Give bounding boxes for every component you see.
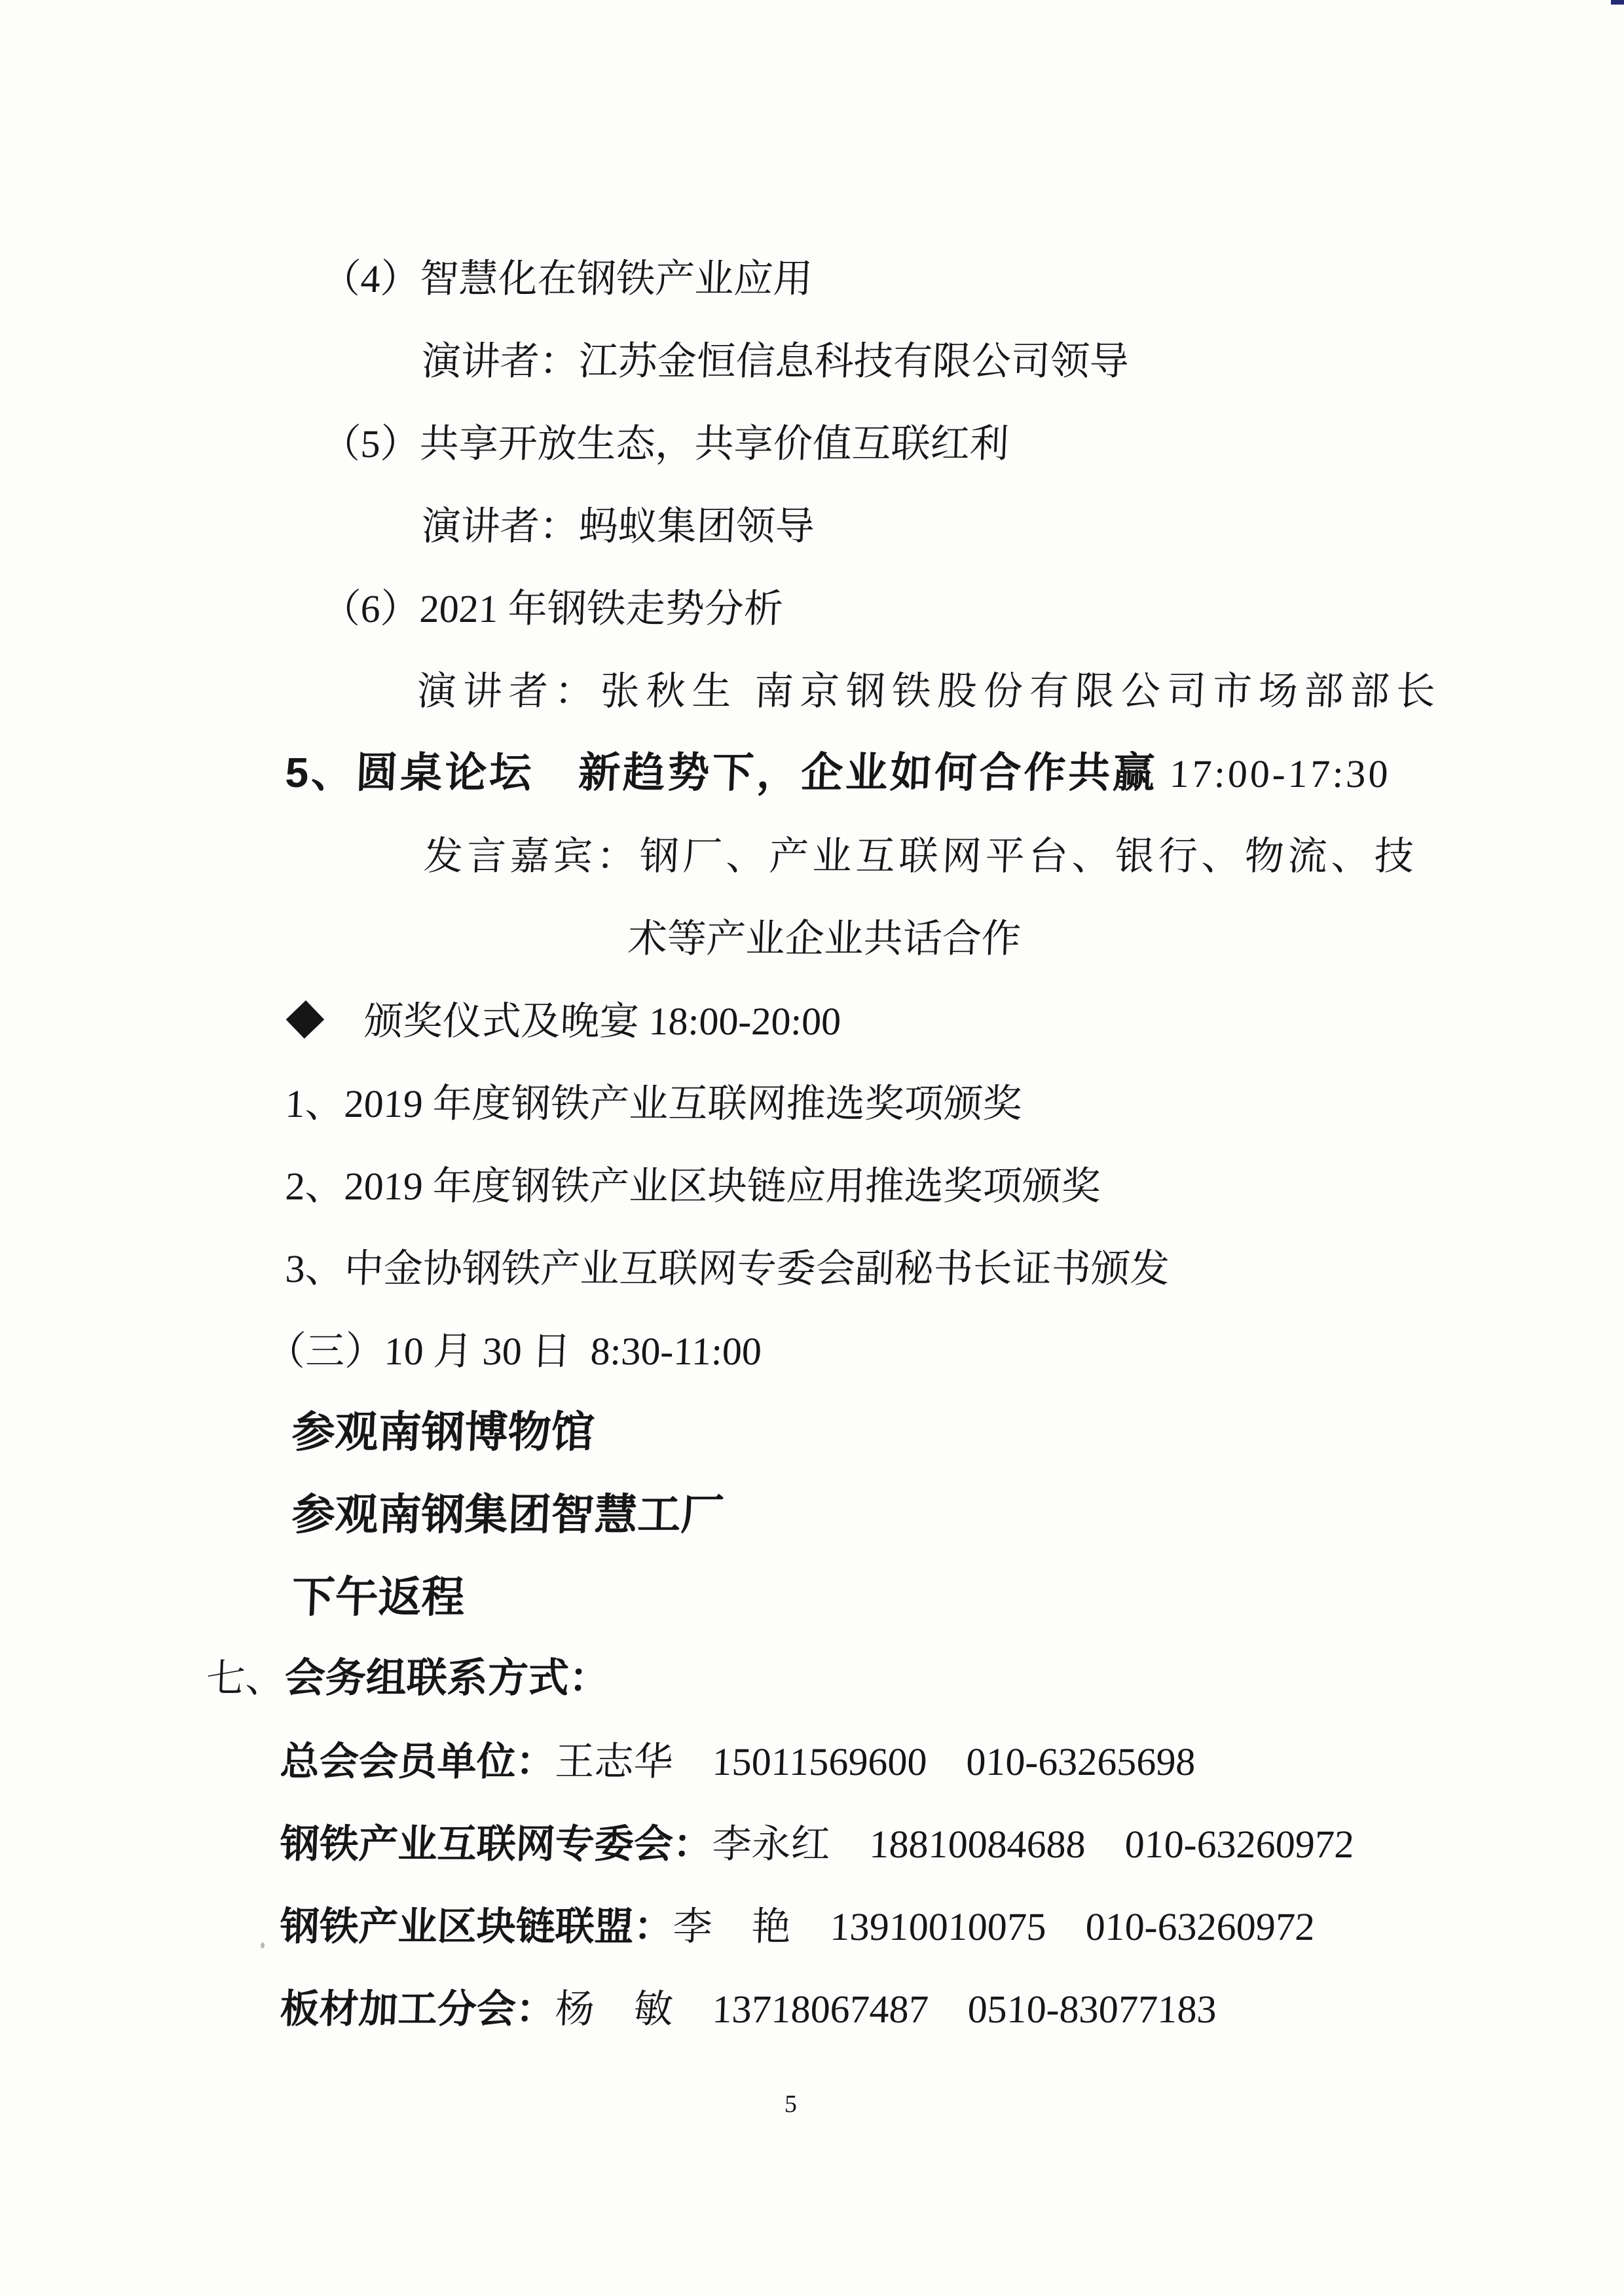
line-item-6: （6）2021 年钢铁走势分析 xyxy=(321,589,784,630)
heading-text-segment: 参观南钢集团智慧工厂 xyxy=(291,1490,725,1539)
line-speaker-5: 演讲者：蚂蚁集团领导 xyxy=(421,506,815,547)
text-segment: 演讲者：张秋生 南京钢铁股份有限公司市场部部长 xyxy=(416,670,1443,713)
line-item-4: （4）智慧化在钢铁产业应用 xyxy=(321,259,813,300)
contact-label-segment: 总会会员单位： xyxy=(280,1740,557,1783)
text-segment: 术等产业企业共话合作 xyxy=(627,917,1022,960)
text-segment: 颁奖仪式及晚宴 18:00-20:00 xyxy=(324,1000,842,1043)
heading-text-segment: 会务组联系方式： xyxy=(284,1656,610,1701)
line-award-1: 1、2019 年度钢铁产业互联网推选奖项颁奖 xyxy=(285,1084,1023,1125)
scan-corner-artifact xyxy=(1611,0,1624,5)
line-roundtable-heading: 5、圆桌论坛 新趋势下，企业如何合作共赢 17:00-17:30 xyxy=(284,751,1392,795)
line-day3-heading: （三）10 月 30 日 8:30-11:00 xyxy=(266,1331,763,1372)
paper-background: （4）智慧化在钢铁产业应用 演讲者：江苏金恒信息科技有限公司领导 （5）共享开放… xyxy=(0,0,1624,2296)
contact-label-segment: 钢铁产业互联网专委会： xyxy=(280,1822,714,1866)
text-segment: 3、中金协钢铁产业互联网专委会副秘书长证书颁发 xyxy=(285,1247,1171,1290)
line-speaker-4: 演讲者：江苏金恒信息科技有限公司领导 xyxy=(421,341,1130,382)
contact-value-segment: 杨 敏 13718067487 0510-83077183 xyxy=(555,1988,1218,2031)
ordinal-text-segment: 七、 xyxy=(205,1657,286,1700)
contact-label-segment: 板材加工分会： xyxy=(280,1987,557,2031)
text-segment: 演讲者：江苏金恒信息科技有限公司领导 xyxy=(421,340,1130,383)
text-segment: 发言嘉宾：钢厂、产业互联网平台、银行、物流、技 xyxy=(423,835,1419,878)
page-number: 5 xyxy=(784,2090,798,2119)
heading-text-segment: 5、圆桌论坛 新趋势下，企业如何合作共赢 xyxy=(284,749,1158,796)
text-segment: （4）智慧化在钢铁产业应用 xyxy=(321,257,814,301)
diamond-bullet-icon: ◆ xyxy=(285,1000,326,1043)
contact-row-internet-committee: 钢铁产业互联网专委会：李永红 18810084688 010-63260972 xyxy=(280,1823,1355,1865)
contact-row-blockchain-alliance: 钢铁产业区块链联盟：李 艳 13910010075 010-63260972 xyxy=(280,1906,1316,1948)
line-return-trip: 下午返程 xyxy=(291,1575,466,1620)
line-visit-museum: 参观南钢博物馆 xyxy=(291,1410,595,1455)
heading-text-segment: 参观南钢博物馆 xyxy=(291,1408,595,1456)
line-item-5: （5）共享开放生态，共享价值互联红利 xyxy=(321,424,1010,465)
contact-value-segment: 李 艳 13910010075 010-63260972 xyxy=(673,1905,1316,1948)
line-award-ceremony: ◆ 颁奖仪式及晚宴 18:00-20:00 xyxy=(285,1001,842,1042)
line-award-3: 3、中金协钢铁产业互联网专委会副秘书长证书颁发 xyxy=(285,1248,1170,1290)
text-segment: （三）10 月 30 日 8:30-11:00 xyxy=(266,1330,763,1373)
line-award-2: 2、2019 年度钢铁产业区块链应用推选奖项颁奖 xyxy=(285,1166,1101,1207)
text-segment: （6）2021 年钢铁走势分析 xyxy=(321,587,784,630)
contact-row-sheet-processing: 板材加工分会：杨 敏 13718067487 0510-83077183 xyxy=(280,1988,1217,2030)
line-panel-guests-continued: 术等产业企业共话合作 xyxy=(627,919,1022,960)
text-segment: 演讲者：蚂蚁集团领导 xyxy=(421,505,816,548)
text-segment: 2、2019 年度钢铁产业区块链应用推选奖项颁奖 xyxy=(285,1165,1102,1208)
scan-speck-artifact xyxy=(261,1942,265,1948)
text-segment: （5）共享开放生态，共享价值互联红利 xyxy=(321,422,1010,465)
line-panel-guests: 发言嘉宾：钢厂、产业互联网平台、银行、物流、技 xyxy=(423,836,1418,877)
contact-row-general-members: 总会会员单位：王志华 15011569600 010-63265698 xyxy=(280,1741,1196,1783)
contact-value-segment: 王志华 15011569600 010-63265698 xyxy=(555,1740,1196,1783)
text-segment: 1、2019 年度钢铁产业互联网推选奖项颁奖 xyxy=(285,1082,1024,1125)
time-text-segment: 17:00-17:30 xyxy=(1156,752,1392,795)
heading-text-segment: 下午返程 xyxy=(291,1573,466,1621)
contact-value-segment: 李永红 18810084688 010-63260972 xyxy=(712,1823,1356,1866)
line-visit-factory: 参观南钢集团智慧工厂 xyxy=(291,1492,725,1537)
contact-label-segment: 钢铁产业区块链联盟： xyxy=(280,1904,674,1948)
scanned-document-page: { "meta": { "page_number": "5", "ink_col… xyxy=(0,0,1624,2296)
line-speaker-6: 演讲者：张秋生 南京钢铁股份有限公司市场部部长 xyxy=(416,671,1443,712)
line-contact-heading: 七、会务组联系方式： xyxy=(205,1657,610,1700)
